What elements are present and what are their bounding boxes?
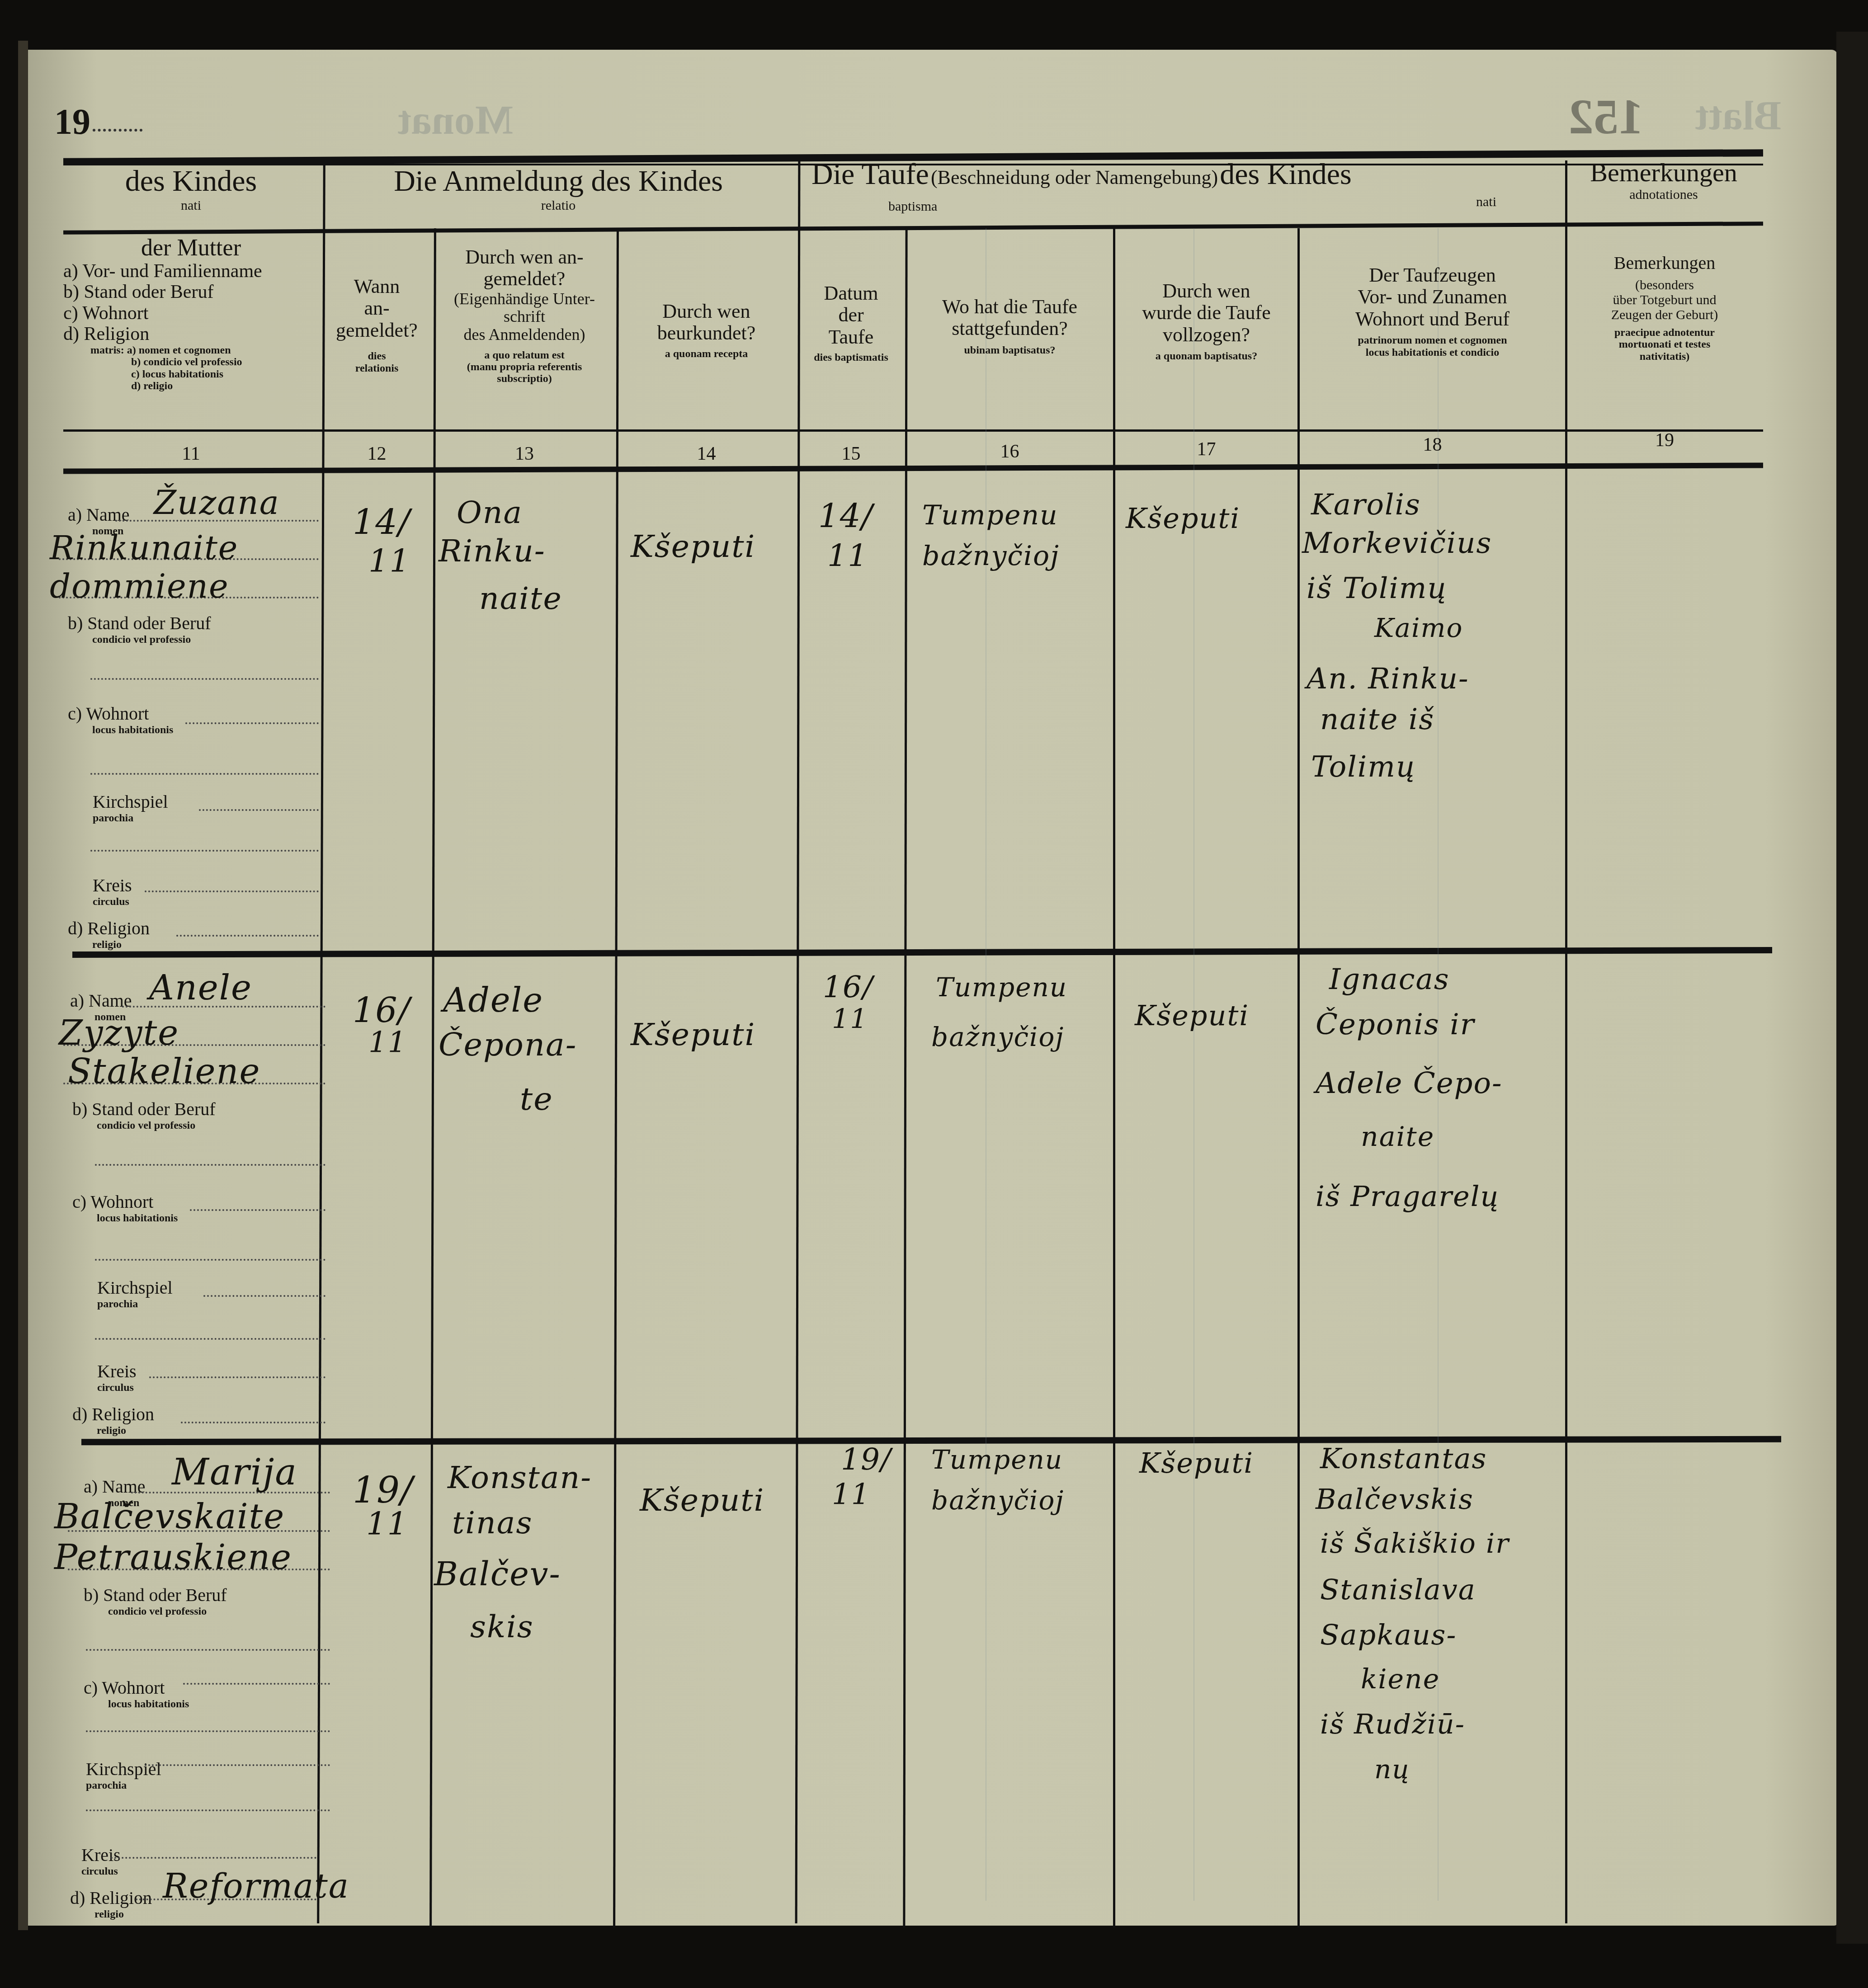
stand-line [86, 1649, 330, 1651]
wohnort-line [95, 1259, 325, 1261]
year-blank-line [93, 129, 142, 132]
colnum-17: 17 [1115, 438, 1297, 460]
reported-by[interactable]: skis [470, 1609, 534, 1645]
binding-edge [18, 41, 28, 1930]
baptized-by[interactable]: Kšeputi [1139, 1446, 1254, 1479]
stand-line [95, 1164, 325, 1166]
stand-line [90, 678, 319, 680]
mother-name-maiden[interactable]: Balčevskaite [54, 1496, 285, 1536]
colhdr-14: Durch wen beurkundet? a quonam recepta [617, 301, 796, 360]
godparents[interactable]: Ignacas [1329, 963, 1449, 996]
group-anmeldung: Die Anmeldung des Kindes relatio [321, 165, 796, 213]
baptism-place[interactable]: Tumpenu [931, 1444, 1063, 1475]
baptism-place[interactable]: bažnyčioj [922, 540, 1060, 572]
year-prefix: 19 [54, 102, 90, 143]
mother-name-married[interactable]: dommiene [50, 567, 229, 605]
kirchspiel-line [145, 1764, 330, 1766]
godparents[interactable]: iš Šakiškio ir [1320, 1528, 1509, 1559]
reported-by[interactable]: Ona [457, 495, 523, 531]
label-kreis: Kreiscirculus [97, 1361, 137, 1394]
godparents[interactable]: kiene [1361, 1663, 1440, 1695]
godparents[interactable]: Balčevskis [1316, 1483, 1474, 1516]
baptism-place[interactable]: bažnyčioj [931, 1485, 1064, 1516]
col-line-16-17 [1113, 228, 1115, 1928]
colnum-13: 13 [434, 443, 615, 465]
label-wohnort: c) Wohnortlocus habitationis [68, 703, 173, 736]
page-number-mirrored: 152 [1569, 88, 1643, 146]
godparents[interactable]: Karolis [1311, 488, 1421, 522]
godparents[interactable]: nų [1374, 1754, 1410, 1785]
label-kreis: Kreiscirculus [93, 875, 132, 908]
kirchspiel-line [199, 809, 319, 811]
godparents[interactable]: naite [1361, 1121, 1434, 1153]
label-religion: d) Religionreligio [68, 918, 150, 951]
bleed-through-blatt: Blatt [1695, 93, 1781, 139]
religion-line [181, 1422, 325, 1423]
godparents[interactable]: iš Rudžiū- [1320, 1709, 1465, 1740]
reported-month[interactable]: 11 [368, 542, 410, 579]
group-des-kindes: des Kindes nati [63, 165, 319, 213]
label-religion: d) Religionreligio [70, 1887, 152, 1921]
godparents[interactable]: naite iš [1320, 703, 1434, 736]
baptized-by[interactable]: Kšeputi [1126, 502, 1240, 535]
colnum-top-rule [63, 429, 1763, 432]
kirchspiel-line [203, 1295, 325, 1297]
mother-name-first[interactable]: Marija [172, 1451, 297, 1493]
group-taufe: Die Taufe (Beschneidung oder Namengebung… [798, 158, 1566, 191]
kreis-line [149, 1376, 325, 1378]
baptism-month[interactable]: 11 [832, 1003, 868, 1035]
reported-by[interactable]: Rinku- [439, 533, 546, 569]
ruling-faint [1193, 228, 1194, 1901]
col-line-18-19 [1565, 160, 1567, 1923]
group-bemerkungen: Bemerkungen adnotationes [1566, 158, 1761, 202]
label-kirchspiel: Kirchspielparochia [93, 791, 168, 824]
mother-name-first[interactable]: Žuzana [154, 484, 280, 522]
label-kreis: Kreiscirculus [81, 1844, 121, 1878]
kreis-line [145, 890, 319, 892]
wohnort-line [190, 1209, 325, 1211]
godparents[interactable]: Morkevičius [1302, 527, 1492, 560]
baptism-place[interactable]: bažnyčioj [931, 1022, 1064, 1052]
godparents[interactable]: Čeponis ir [1316, 1008, 1475, 1041]
colnum-11: 11 [63, 443, 319, 465]
label-wohnort: c) Wohnortlocus habitationis [84, 1677, 189, 1710]
colnum-19: 19 [1567, 429, 1762, 451]
godparents[interactable]: Sapkaus- [1320, 1618, 1457, 1651]
label-stand: b) Stand oder Berufcondicio vel professi… [84, 1584, 227, 1618]
recorded-by[interactable]: Kšeputi [640, 1483, 764, 1518]
godparents[interactable]: iš Tolimų [1307, 572, 1447, 605]
bleed-through-monat: Monat [398, 97, 513, 144]
label-kirchspiel: Kirchspielparochia [97, 1277, 173, 1310]
colnum-15: 15 [798, 443, 904, 465]
godparents[interactable]: Tolimų [1311, 750, 1415, 784]
reported-by[interactable]: Balčev- [434, 1555, 561, 1593]
wohnort-line [90, 773, 319, 775]
baptized-by[interactable]: Kšeputi [1135, 999, 1249, 1032]
baptism-place[interactable]: Tumpenu [936, 972, 1067, 1003]
label-kirchspiel: Kirchspielparochia [86, 1758, 161, 1792]
mother-religion[interactable]: Reformata [163, 1867, 349, 1906]
kirchspiel-line [90, 850, 319, 852]
label-stand: b) Stand oder Berufcondicio vel professi… [72, 1098, 216, 1132]
colhdr-12: Wann an- gemeldet? dies relationis [322, 276, 432, 374]
godparents[interactable]: Konstantas [1320, 1442, 1487, 1475]
colnum-16: 16 [906, 441, 1113, 462]
mother-name-maiden[interactable]: Zyzyte [59, 1013, 179, 1053]
recorded-by[interactable]: Kšeputi [631, 529, 755, 565]
reported-by[interactable]: Konstan- [448, 1460, 592, 1496]
reported-month[interactable]: 11 [366, 1505, 408, 1542]
reported-by[interactable]: tinas [452, 1505, 533, 1541]
baptism-month[interactable]: 11 [832, 1478, 870, 1512]
col-line-17-18 [1297, 228, 1300, 1928]
godparents[interactable]: iš Pragarelų [1316, 1180, 1499, 1213]
wohnort-line [86, 1730, 330, 1732]
godparents[interactable]: An. Rinku- [1307, 662, 1469, 696]
colhdr-15: Datum der Taufe dies baptismatis [798, 283, 904, 364]
colhdr-17: Durch wen wurde die Taufe vollzogen? a q… [1115, 280, 1297, 363]
mother-name-first[interactable]: Anele [149, 967, 252, 1008]
baptism-date[interactable]: 14/ [818, 497, 873, 535]
baptism-place[interactable]: Tumpenu [922, 499, 1058, 531]
label-religion: d) Religionreligio [72, 1404, 154, 1437]
book-edge [1836, 32, 1868, 1944]
mother-name-married[interactable]: Stakeliene [68, 1051, 260, 1091]
label-wohnort: c) Wohnortlocus habitationis [72, 1191, 178, 1225]
godparents[interactable]: Stanislava [1320, 1573, 1476, 1606]
colhdr-19: Bemerkungen (besonders über Totgeburt un… [1567, 253, 1762, 363]
kreis-line [111, 1857, 316, 1859]
wohnort-line [183, 1683, 330, 1685]
label-stand: b) Stand oder Berufcondicio vel professi… [68, 612, 211, 646]
kirchspiel-line [95, 1338, 325, 1340]
reported-by[interactable]: Adele [443, 981, 543, 1020]
godparents[interactable]: Kaimo [1374, 612, 1463, 643]
ruling-faint [986, 228, 986, 1901]
religion-line [176, 935, 319, 937]
kirchspiel-line [86, 1809, 330, 1811]
reported-month[interactable]: 11 [368, 1026, 407, 1060]
wohnort-line [185, 722, 319, 724]
reported-by[interactable]: Čepona- [439, 1026, 577, 1063]
mother-name-maiden[interactable]: Rinkunaite [50, 529, 238, 567]
baptism-date[interactable]: 16/ [823, 970, 873, 1004]
colhdr-18: Der Taufzeugen Vor- und Zunamen Wohnort … [1300, 264, 1565, 358]
colhdr-11: der Mutter a) Vor- und Familienname b) S… [63, 235, 319, 392]
godparents[interactable]: Adele Čepo- [1316, 1067, 1503, 1100]
reported-date[interactable]: 16/ [353, 990, 410, 1030]
recorded-by[interactable]: Kšeputi [631, 1017, 755, 1053]
baptism-date[interactable]: 19/ [841, 1442, 892, 1477]
colnum-18: 18 [1300, 434, 1565, 456]
colnum-12: 12 [322, 443, 432, 465]
colnum-14: 14 [617, 443, 796, 465]
reported-by[interactable]: te [520, 1080, 553, 1117]
colhdr-16: Wo hat die Taufe stattgefunden? ubinam b… [906, 296, 1113, 356]
baptism-month[interactable]: 11 [827, 538, 868, 574]
colhdr-13: Durch wen an- gemeldet? (Eigenhändige Un… [434, 246, 615, 385]
reported-by[interactable]: naite [479, 581, 562, 617]
mother-name-married[interactable]: Petrauskiene [54, 1537, 292, 1577]
reported-date[interactable]: 14/ [353, 502, 410, 542]
